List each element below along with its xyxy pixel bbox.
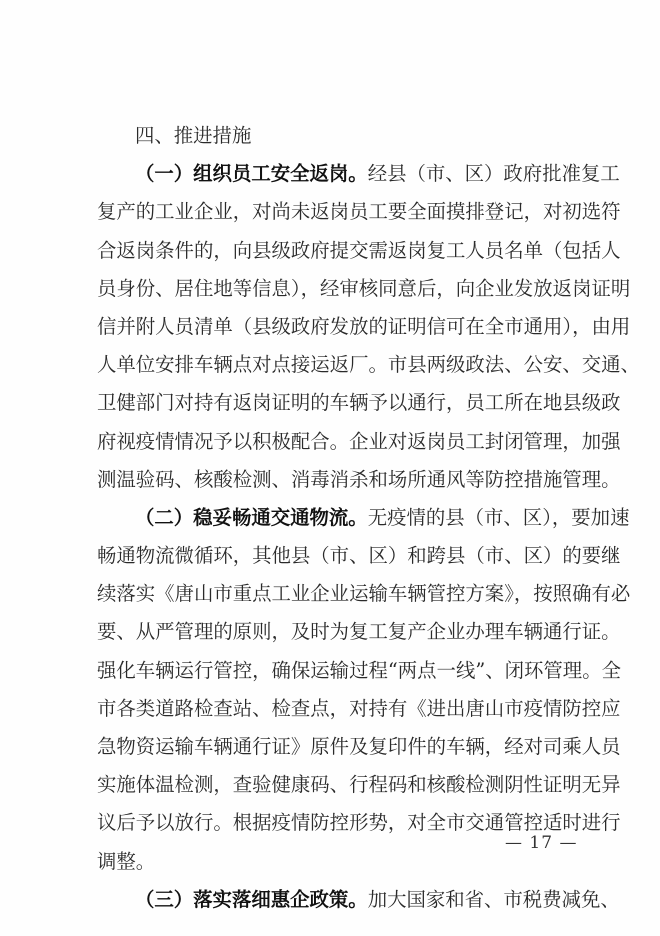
paragraph-text: 加大国家和省、市税费减免、 [368, 888, 620, 911]
paragraph-1-line-6: 人单位安排车辆点对点接运返厂。市县两级政法、公安、交通、 [97, 346, 573, 384]
paragraph-text: 无疫情的县（市、区），要加速 [368, 506, 630, 529]
paragraph-3-lead: （三）落实落细惠企政策。 [135, 888, 368, 911]
paragraph-2-line-1: （二）稳妥畅通交通物流。无疫情的县（市、区），要加速 [97, 499, 573, 537]
page-content: 四、推进措施 （一）组织员工安全返岗。经县（市、区）政府批准复工 复产的工业企业… [97, 117, 573, 919]
paragraph-2-line-4: 要、从严管理的原则，及时为复工复产企业办理车辆通行证。 [97, 613, 573, 651]
paragraph-1-line-8: 府视疫情情况予以积极配合。企业对返岗员工封闭管理，加强 [97, 423, 573, 461]
paragraph-2-line-5: 强化车辆运行管控，确保运输过程“两点一线”、闭环管理。全 [97, 652, 573, 690]
paragraph-2-line-3: 续落实《唐山市重点工业企业运输车辆管控方案》，按照确有必 [97, 575, 573, 613]
paragraph-1-line-9: 测温验码、核酸检测、消毒消杀和场所通风等防控措施管理。 [97, 461, 573, 499]
paragraph-2-lead: （二）稳妥畅通交通物流。 [135, 506, 368, 529]
paragraph-2-line-7: 急物资运输车辆通行证》原件及复印件的车辆，经对司乘人员 [97, 728, 573, 766]
paragraph-3-line-1: （三）落实落细惠企政策。加大国家和省、市税费减免、 [97, 881, 573, 919]
page-number: — 17 — [505, 833, 577, 853]
paragraph-2-line-9: 议后予以放行。根据疫情防控形势，对全市交通管控适时进行 [97, 804, 573, 842]
paragraph-2-line-2: 畅通物流微循环，其他县（市、区）和跨县（市、区）的要继 [97, 537, 573, 575]
paragraph-text: 经县（市、区）政府批准复工 [368, 162, 620, 185]
paragraph-1-line-7: 卫健部门对持有返岗证明的车辆予以通行，员工所在地县级政 [97, 384, 573, 422]
paragraph-1-lead: （一）组织员工安全返岗。 [135, 162, 368, 185]
paragraph-1-line-3: 合返岗条件的，向县级政府提交需返岗复工人员名单（包括人 [97, 232, 573, 270]
paragraph-1-line-2: 复产的工业企业，对尚未返岗员工要全面摸排登记，对初选符 [97, 193, 573, 231]
section-heading: 四、推进措施 [97, 117, 573, 155]
paragraph-2-line-6: 市各类道路检查站、检查点，对持有《进出唐山市疫情防控应 [97, 690, 573, 728]
paragraph-1-line-5: 信并附人员清单（县级政府发放的证明信可在全市通用），由用 [97, 308, 573, 346]
paragraph-1-line-1: （一）组织员工安全返岗。经县（市、区）政府批准复工 [97, 155, 573, 193]
paragraph-1-line-4: 员身份、居住地等信息），经审核同意后，向企业发放返岗证明 [97, 270, 573, 308]
document-page: 四、推进措施 （一）组织员工安全返岗。经县（市、区）政府批准复工 复产的工业企业… [0, 0, 660, 936]
paragraph-2-line-10: 调整。 [97, 843, 573, 881]
paragraph-2-line-8: 实施体温检测，查验健康码、行程码和核酸检测阴性证明无异 [97, 766, 573, 804]
